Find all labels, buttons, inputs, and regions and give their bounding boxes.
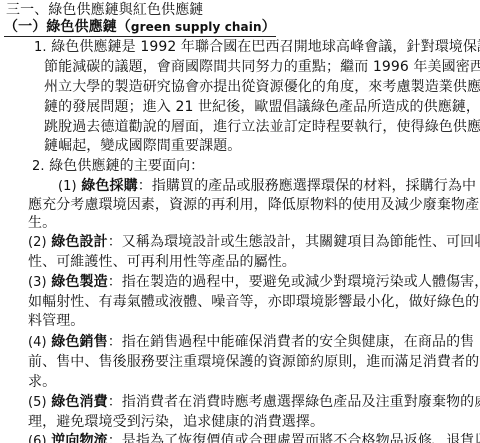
item1-line-5: 鏈崛起，變成國際間重要課題。 bbox=[44, 137, 241, 155]
aspect-number: (5) bbox=[28, 395, 47, 410]
aspect-2-line-1: 性、可維護性、可再利用性等產品的屬性。 bbox=[28, 253, 296, 271]
aspect-desc: ：又稱為環境設計或生態設計，其關鍵項目為節能性、可回收 bbox=[108, 234, 480, 250]
item1-line-2: 州立大學的製造研究協會亦提出從資源優化的角度，來考慮製造業供應 bbox=[44, 78, 480, 96]
aspect-desc: ：指消費者在消費時應考慮選擇綠色產品及注重對廢棄物的處 bbox=[108, 394, 480, 410]
subsection-heading: （一）綠色供應鏈（green supply chain） bbox=[4, 19, 276, 37]
aspect-desc: ：指在銷售過程中能確保消費者的安全與健康，在商品的售 bbox=[108, 334, 475, 350]
aspect-term: 逆向物流 bbox=[51, 433, 107, 443]
aspect-term: 綠色設計 bbox=[51, 234, 107, 250]
aspect-term: 綠色製造 bbox=[51, 274, 107, 290]
aspect-desc: ：指購買的產品或服務應選擇環保的材料，採購行為中 bbox=[138, 178, 476, 194]
aspect-number: (3) bbox=[28, 275, 47, 290]
aspect-number: (1) bbox=[58, 179, 77, 194]
aspect-1-line-2: 生。 bbox=[28, 214, 56, 232]
aspect-4-line-0: (4) 綠色銷售：指在銷售過程中能確保消費者的安全與健康，在商品的售 bbox=[28, 333, 474, 352]
aspect-5-line-1: 理，避免環境受到污染，追求健康的消費選擇。 bbox=[28, 413, 324, 431]
aspect-3-line-1: 如輻射性、有毒氣體或液體、噪音等，亦即環境影響最小化，做好綠色的物 bbox=[28, 293, 480, 311]
item1-line-1: 節能減碳的議題，會商國際間共同努力的重點；繼而 1996 年美國密西根 bbox=[44, 58, 480, 76]
heading-english: green supply chain bbox=[131, 20, 262, 34]
aspect-term: 綠色銷售 bbox=[51, 334, 107, 350]
aspect-4-line-1: 前、售中、售後服務要注重環境保護的資源節約原則，進而滿足消費者的需 bbox=[28, 353, 480, 371]
aspect-3-line-2: 料管理。 bbox=[28, 312, 84, 330]
aspect-number: (2) bbox=[28, 235, 47, 250]
aspect-desc: ：是指為了恢復價值或合理處置而將不合格物品返修、退貨以 bbox=[108, 433, 480, 443]
heading-suffix: ） bbox=[262, 19, 276, 35]
item1-line-3: 鏈的發展問題；進入 21 世紀後，歐盟倡議綠色產品所造成的供應鏈，則 bbox=[44, 98, 480, 116]
aspect-1-line-1: 應充分考慮環境因素，資源的再利用，降低原物料的使用及減少廢棄物產 bbox=[28, 196, 479, 214]
aspect-2-line-0: (2) 綠色設計：又稱為環境設計或生態設計，其關鍵項目為節能性、可回收 bbox=[28, 233, 480, 252]
aspect-number: (4) bbox=[28, 335, 47, 350]
aspect-5-line-0: (5) 綠色消費：指消費者在消費時應考慮選擇綠色產品及注重對廢棄物的處 bbox=[28, 393, 480, 412]
document-page: 三一、綠色供應鏈與紅色供應鏈 （一）綠色供應鏈（green supply cha… bbox=[0, 0, 480, 443]
item2-line: 2. 綠色供應鏈的主要面向： bbox=[32, 157, 204, 176]
item1-number: 1. bbox=[34, 40, 47, 55]
item1-line-4: 跳脫過去德道勸說的層面，進行立法並訂定時程要執行，使得綠色供應 bbox=[44, 118, 480, 136]
aspect-4-line-2: 求。 bbox=[28, 373, 56, 391]
section-title: 三一、綠色供應鏈與紅色供應鏈 bbox=[6, 1, 203, 19]
aspect-3-line-0: (3) 綠色製造：指在製造的過程中，要避免或減少對環境污染或人體傷害， bbox=[28, 273, 480, 292]
aspect-term: 綠色消費 bbox=[51, 394, 107, 410]
aspect-1-line-0: (1) 綠色採購：指購買的產品或服務應選擇環保的材料，採購行為中 bbox=[58, 177, 476, 196]
aspect-desc: ：指在製造的過程中，要避免或減少對環境污染或人體傷害， bbox=[108, 274, 480, 290]
aspect-number: (6) bbox=[28, 434, 47, 443]
item2-label: 綠色供應鏈的主要面向： bbox=[49, 158, 204, 174]
item1-text: 綠色供應鏈是 1992 年聯合國在巴西召開地球高峰會議，針對環境保護與 bbox=[51, 39, 480, 55]
aspect-6-line-0: (6) 逆向物流：是指為了恢復價值或合理處置而將不合格物品返修、退貨以 bbox=[28, 432, 480, 443]
item1-line-0: 1. 綠色供應鏈是 1992 年聯合國在巴西召開地球高峰會議，針對環境保護與 bbox=[34, 38, 480, 57]
aspect-term: 綠色採購 bbox=[81, 178, 137, 194]
item2-number: 2. bbox=[32, 159, 45, 174]
heading-prefix: （一）綠色供應鏈（ bbox=[4, 19, 131, 35]
